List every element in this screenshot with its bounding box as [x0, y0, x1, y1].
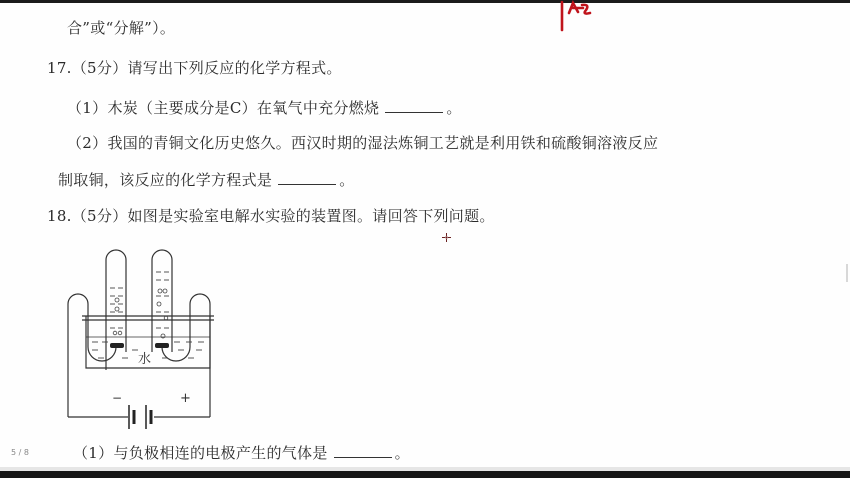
- question-18-heading: 18.（5分）如图是实验室电解水实验的装置图。请回答下列问题。: [47, 206, 495, 226]
- scrollbar-thumb[interactable]: [846, 264, 848, 282]
- period: 。: [339, 171, 354, 189]
- period: 。: [395, 444, 410, 462]
- question-17-part-1-text: （1）木炭（主要成分是C）在氧气中充分燃烧: [67, 99, 379, 117]
- water-label: 水: [138, 351, 151, 367]
- question-17-part-2-line-1: （2）我国的青铜文化历史悠久。西汉时期的湿法炼铜工艺就是利用铁和硫酸铜溶液反应: [67, 133, 658, 153]
- answer-blank: [334, 443, 392, 458]
- text-line-continuation: 合”或“分解”）。: [67, 18, 175, 38]
- top-window-border: [0, 0, 850, 3]
- question-17-part-1: （1）木炭（主要成分是C）在氧气中充分燃烧。: [67, 98, 462, 118]
- answer-blank: [278, 170, 336, 185]
- bottom-window-border: [0, 471, 850, 478]
- page-indicator: 5 / 8: [11, 448, 29, 457]
- answer-blank: [385, 98, 443, 113]
- electrolysis-apparatus-diagram: 水 − +: [62, 242, 222, 432]
- positive-terminal-label: +: [180, 391, 191, 406]
- crosshair-cursor-icon: [442, 233, 451, 242]
- question-17-part-2-text: 制取铜，该反应的化学方程式是: [58, 171, 272, 189]
- question-18-part-1-text: （1）与负极相连的电极产生的气体是: [73, 444, 328, 462]
- question-17-part-2-line-2: 制取铜，该反应的化学方程式是。: [58, 170, 355, 190]
- question-18-part-1: （1）与负极相连的电极产生的气体是。: [73, 443, 410, 463]
- period: 。: [446, 99, 461, 117]
- negative-terminal-label: −: [112, 391, 122, 405]
- handwritten-annotation-icon: [556, 0, 616, 32]
- question-17-heading: 17.（5分）请写出下列反应的化学方程式。: [47, 58, 342, 78]
